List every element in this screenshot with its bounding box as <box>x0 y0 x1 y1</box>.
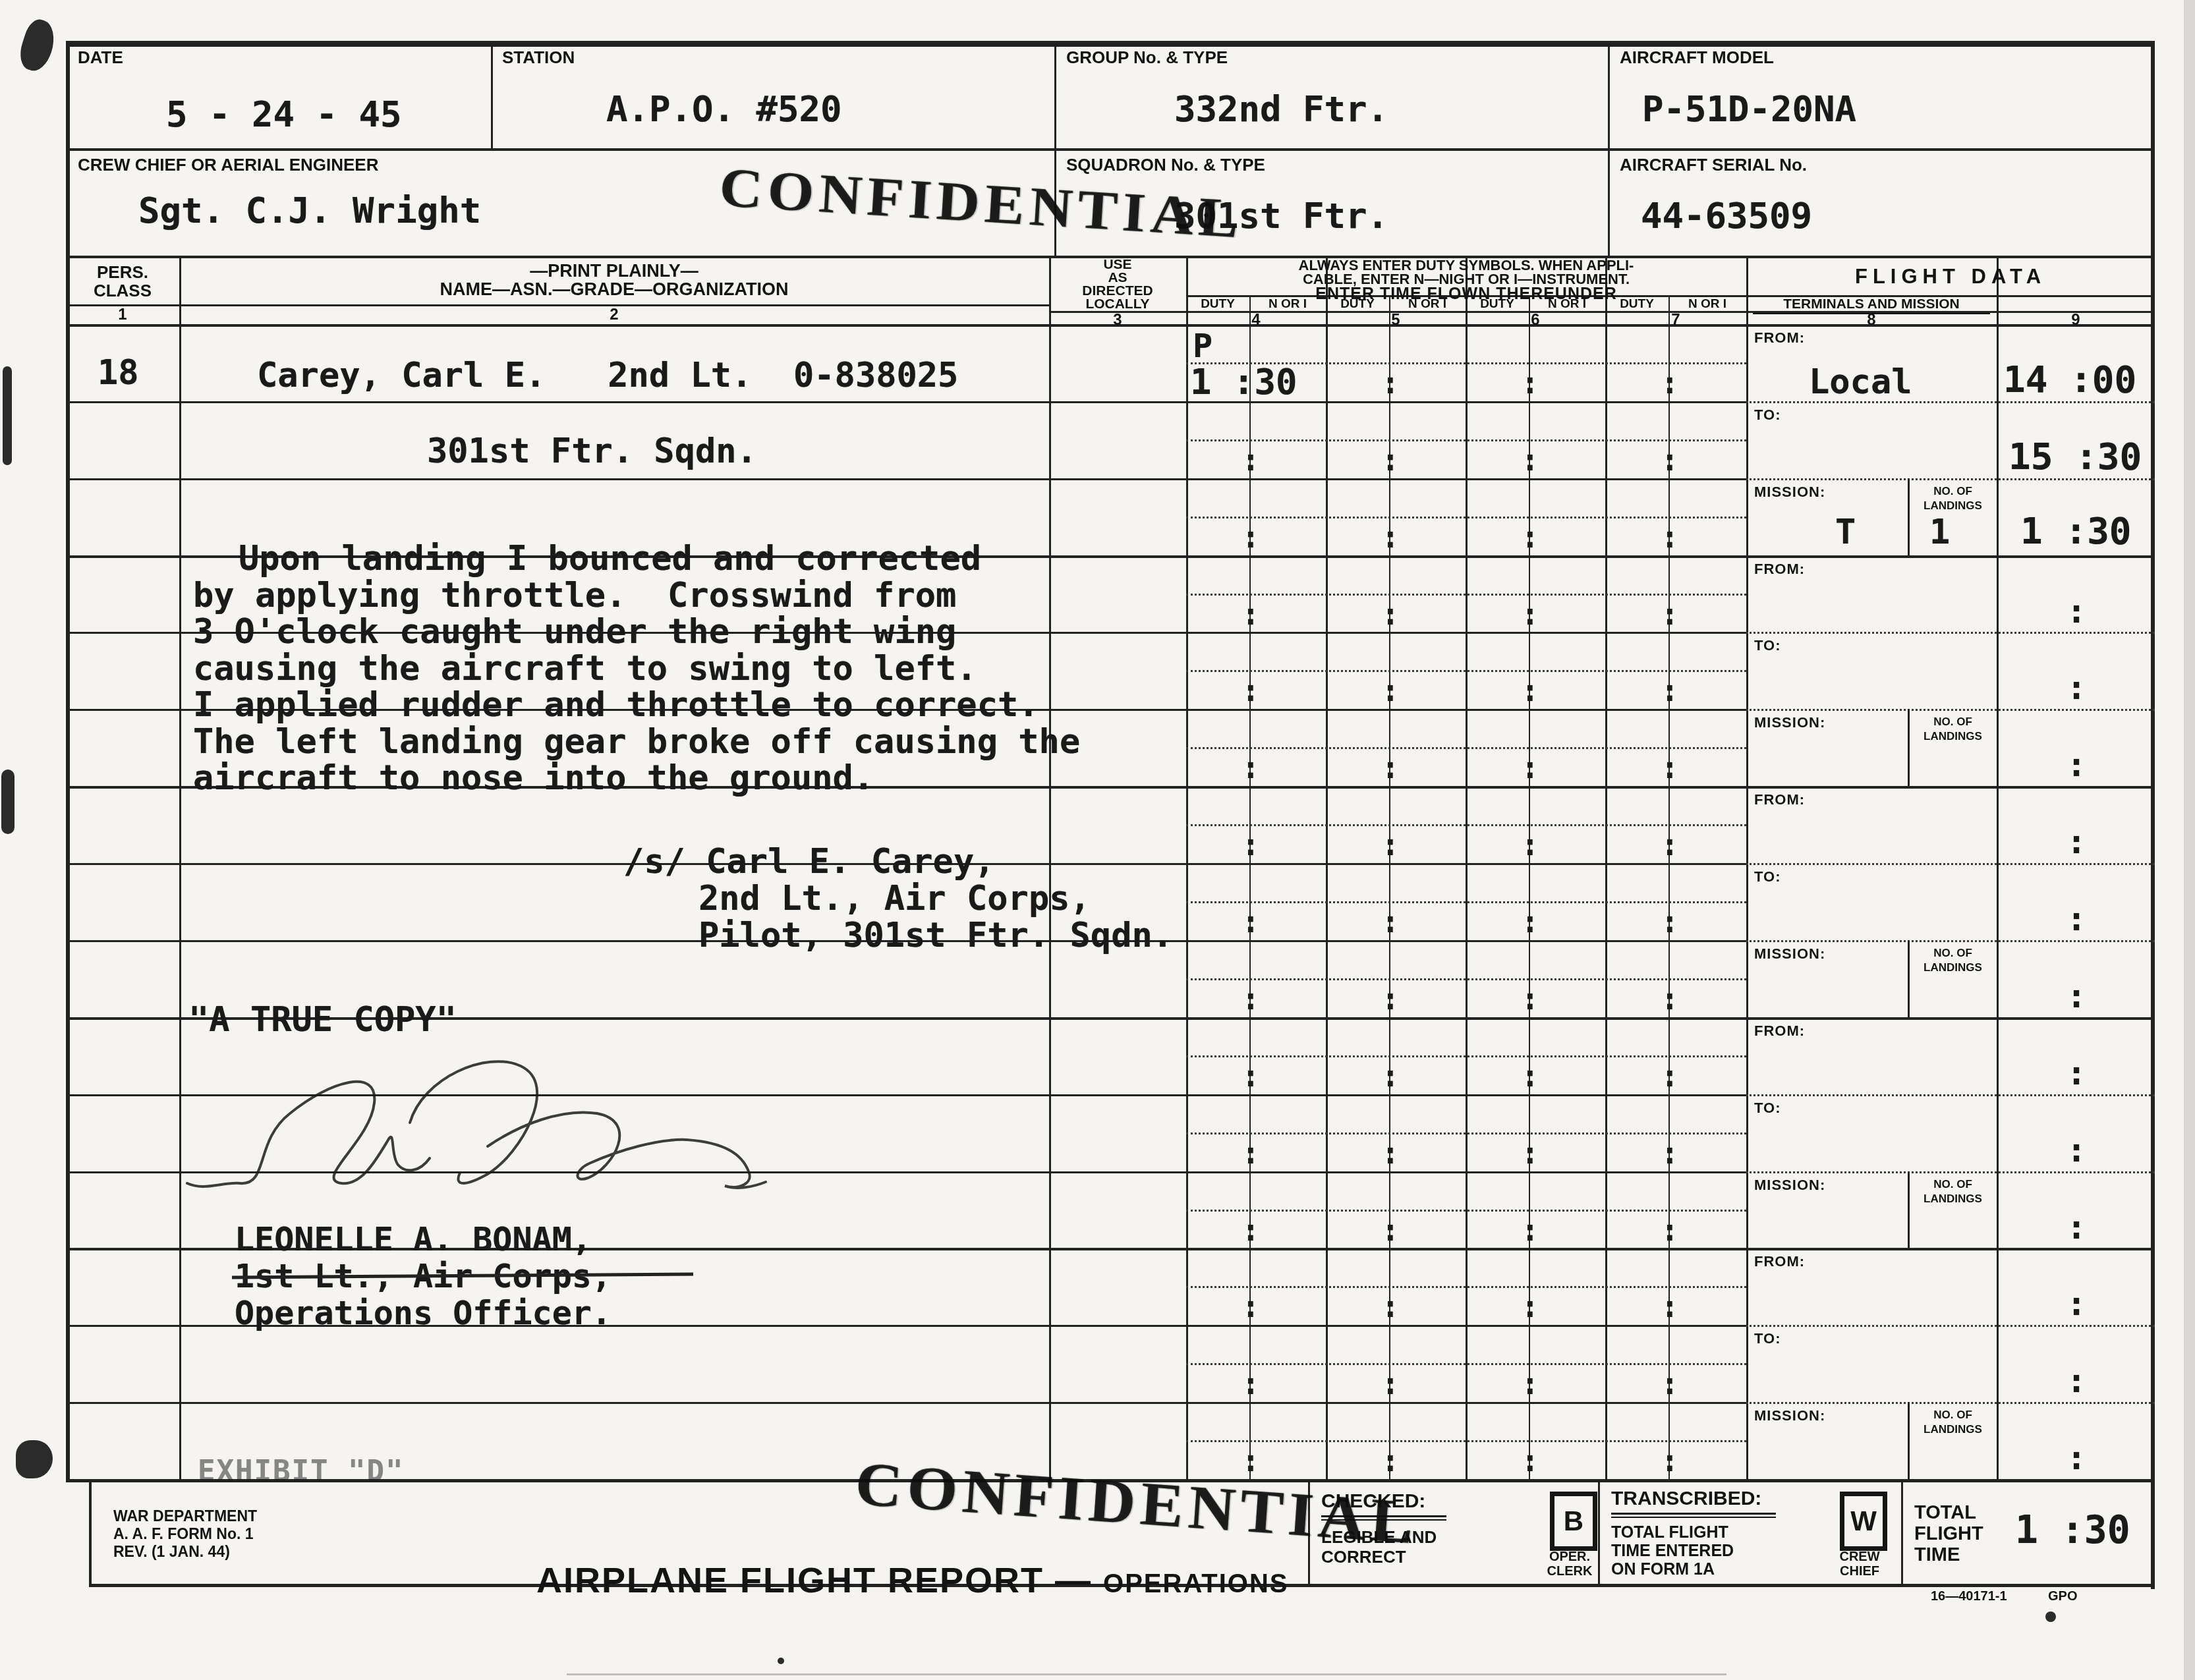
no-of-landings-label-2: LANDINGS <box>1909 1423 1997 1436</box>
signature-typed-line: 2nd Lt., Air Corps, <box>698 879 1091 918</box>
column-number: 8 <box>1852 311 1891 329</box>
station-value: A.P.O. #520 <box>606 88 842 130</box>
footer-border-left <box>89 1479 92 1586</box>
time-colon: : <box>1381 673 1400 708</box>
time-colon: : <box>1521 519 1539 555</box>
narrative-line: causing the aircraft to swing to left. <box>193 649 977 688</box>
time-colon: : <box>1661 1366 1679 1401</box>
time-colon: : <box>1521 673 1539 708</box>
crew-chief-value: Sgt. C.J. Wright <box>138 190 481 231</box>
scan-artifact <box>3 366 12 465</box>
terminal-dotted-rule <box>1746 709 2155 711</box>
to-label: TO: <box>1754 1330 1781 1347</box>
narrative-line: I applied rudder and throttle to correct… <box>193 685 1039 725</box>
table-rule-h <box>66 304 1049 306</box>
time-colon: : <box>1661 1443 1679 1478</box>
time-colon: : <box>1521 750 1539 785</box>
nori-sub-label: N OR I <box>1389 297 1466 312</box>
terminal-dotted-rule <box>1746 401 2155 403</box>
time-colon: : <box>1661 519 1679 555</box>
scan-edge-shadow <box>2184 0 2195 1680</box>
signature-typed-line: Pilot, 301st Ftr. Sqdn. <box>698 916 1173 955</box>
table-rule-h <box>66 1402 1746 1404</box>
time-colon: : <box>1381 1135 1400 1171</box>
time-colon: : <box>1241 1212 1260 1248</box>
time-colon: : <box>2067 823 2086 861</box>
aircraft-model-value: P-51D-20NA <box>1642 88 1856 130</box>
column-number: 3 <box>1098 311 1137 329</box>
exhibit-stamp: EXHIBIT "D" <box>198 1455 404 1488</box>
time-colon: : <box>1241 596 1260 632</box>
oper-clerk-label-line1: OPER. <box>1535 1550 1604 1565</box>
time-colon: : <box>1241 519 1260 555</box>
signer-name-line: LEONELLE A. BONAM, <box>235 1220 592 1258</box>
form-title-dash: — <box>1044 1561 1103 1600</box>
narrative-line: aircraft to nose into the ground. <box>193 758 874 798</box>
duty-mid-dotted-rule <box>1186 1440 1746 1442</box>
no-of-landings-label-2: LANDINGS <box>1909 961 1997 974</box>
group-value: 332nd Ftr. <box>1174 88 1388 130</box>
column-number: 5 <box>1376 311 1415 329</box>
table-rule-v <box>179 256 181 1479</box>
time-colon: : <box>2067 1054 2086 1092</box>
time-colon: : <box>2067 977 2086 1015</box>
transcribed-line1: TOTAL FLIGHT <box>1611 1523 1728 1542</box>
aircraft-model-label: AIRCRAFT MODEL <box>1620 47 1774 68</box>
from-time-value: 14 :00 <box>2003 358 2136 401</box>
time-colon: : <box>1241 750 1260 785</box>
time-colon: : <box>1661 750 1679 785</box>
time-colon: : <box>1241 981 1260 1017</box>
to-label: TO: <box>1754 868 1781 885</box>
time-colon: : <box>2067 669 2086 707</box>
handwritten-signature <box>178 1041 784 1219</box>
from-value: Local <box>1809 362 1912 402</box>
from-label: FROM: <box>1754 791 1805 808</box>
time-colon: : <box>1521 1212 1539 1248</box>
time-colon: : <box>1521 904 1539 939</box>
time-colon: : <box>1521 365 1539 401</box>
time-colon: : <box>1241 1289 1260 1324</box>
form-title-main: AIRPLANE FLIGHT REPORT <box>536 1561 1044 1600</box>
time-colon: : <box>1381 1289 1400 1324</box>
pers-class-label-line2: CLASS <box>72 281 173 301</box>
duty-mid-dotted-rule <box>1186 1363 1746 1365</box>
mission-label: MISSION: <box>1754 1177 1825 1194</box>
time-colon: : <box>2067 900 2086 938</box>
transcribed-label: TRANSCRIBED: <box>1611 1488 1761 1510</box>
time-colon: : <box>1241 827 1260 862</box>
terminal-dotted-rule <box>1746 1402 2155 1404</box>
transcribed-line3: ON FORM 1A <box>1611 1560 1715 1579</box>
table-rule-h <box>66 148 2155 151</box>
duty-mid-dotted-rule <box>1186 517 1746 518</box>
mission-label: MISSION: <box>1754 484 1825 501</box>
column-number: 6 <box>1516 311 1555 329</box>
duty-mid-dotted-rule <box>1186 978 1746 980</box>
terminal-dotted-rule <box>1746 632 2155 634</box>
time-colon: : <box>1521 1443 1539 1478</box>
print-plainly-label: —PRINT PLAINLY— <box>245 261 983 281</box>
time-colon: : <box>1381 1212 1400 1248</box>
form-border-left <box>66 41 70 1479</box>
no-of-landings-label-2: LANDINGS <box>1909 1192 1997 1206</box>
time-colon: : <box>1241 1366 1260 1401</box>
pers-class-label-line1: PERS. <box>72 262 173 283</box>
to-time-value: 15 :30 <box>2009 435 2142 478</box>
time-colon: : <box>1521 596 1539 632</box>
no-of-landings-label-1: NO. OF <box>1909 485 1997 498</box>
gpo-mark: GPO <box>2048 1589 2077 1604</box>
airplane-flight-report-form: DATE 5 - 24 - 45 STATION A.P.O. #520 GRO… <box>0 0 2195 1680</box>
terminal-dotted-rule <box>1746 1171 2155 1173</box>
table-rule-v <box>1746 256 1748 1479</box>
total-flight-time-label-3: TIME <box>1914 1544 1960 1566</box>
no-of-landings-label-1: NO. OF <box>1909 947 1997 960</box>
time-colon: : <box>1661 827 1679 862</box>
time-colon: : <box>1521 1289 1539 1324</box>
time-colon: : <box>1521 827 1539 862</box>
time-colon: : <box>1661 673 1679 708</box>
station-label: STATION <box>502 47 575 68</box>
narrative-line: by applying throttle. Crosswind from <box>193 576 956 615</box>
time-colon: : <box>1661 442 1679 478</box>
pilot-org-line: 301st Ftr. Sqdn. <box>427 432 757 471</box>
column-number: 9 <box>2056 311 2095 329</box>
time-colon: : <box>1241 442 1260 478</box>
transcribed-underline <box>1611 1513 1776 1518</box>
terminal-dotted-rule <box>1746 940 2155 942</box>
scan-artifact <box>1 770 14 834</box>
duty-mid-dotted-rule <box>1186 1210 1746 1212</box>
mission-time-value: 1 :30 <box>2020 510 2132 553</box>
time-colon: : <box>1381 519 1400 555</box>
terminal-dotted-rule <box>1746 478 2155 480</box>
pers-class-value: 18 <box>98 353 139 393</box>
war-dept-line3: REV. (1 JAN. 44) <box>113 1543 230 1561</box>
nori-sub-label: N OR I <box>1529 297 1605 312</box>
time-colon: : <box>2067 1439 2086 1477</box>
from-label: FROM: <box>1754 1253 1805 1270</box>
duty-time-value: 1 :30 <box>1190 361 1297 403</box>
scan-artifact <box>15 16 60 74</box>
narrative-line: 3 O'clock caught under the right wing <box>193 612 956 652</box>
time-colon: : <box>1241 1135 1260 1171</box>
no-of-landings-label-2: LANDINGS <box>1909 730 1997 743</box>
war-dept-line2: A. A. F. FORM No. 1 <box>113 1525 254 1543</box>
time-colon: : <box>2067 1208 2086 1246</box>
duty-mid-dotted-rule <box>1186 901 1746 903</box>
form-border-top <box>66 41 2155 47</box>
group-label: GROUP No. & TYPE <box>1066 47 1228 68</box>
time-colon: : <box>1521 1058 1539 1094</box>
terminal-dotted-rule <box>1746 1094 2155 1096</box>
time-colon: : <box>2067 592 2086 630</box>
column-number: 2 <box>594 306 634 324</box>
to-label: TO: <box>1754 637 1781 654</box>
time-colon: : <box>1381 365 1400 401</box>
duty-symbol-value: P <box>1193 327 1212 365</box>
crew-chief-label-line1: CREW <box>1825 1550 1894 1565</box>
narrative-line: The left landing gear broke off causing … <box>193 722 1080 762</box>
from-label: FROM: <box>1754 1022 1805 1040</box>
landings-value: 1 <box>1929 513 1950 552</box>
nori-sub-label: N OR I <box>1668 297 1746 312</box>
print-code: 16—40171-1 <box>1931 1589 2007 1604</box>
total-flight-time-label-2: FLIGHT <box>1914 1523 1983 1545</box>
from-label: FROM: <box>1754 329 1805 347</box>
table-rule-h <box>66 478 1746 480</box>
narrative-line: Upon landing I bounced and corrected <box>239 539 981 578</box>
duty-mid-dotted-rule <box>1186 747 1746 749</box>
table-rule-v <box>491 41 493 148</box>
time-colon: : <box>1381 442 1400 478</box>
footer-divider <box>1901 1479 1903 1584</box>
mission-label: MISSION: <box>1754 714 1825 731</box>
time-colon: : <box>1661 981 1679 1017</box>
aircraft-serial-value: 44-63509 <box>1641 195 1812 237</box>
duty-sub-label: DUTY <box>1326 297 1389 312</box>
scan-artifact <box>778 1658 784 1664</box>
time-colon: : <box>1661 904 1679 939</box>
table-rule-v <box>1608 41 1610 256</box>
date-label: DATE <box>78 47 123 68</box>
time-colon: : <box>1381 750 1400 785</box>
duty-sub-label: DUTY <box>1186 297 1249 312</box>
no-of-landings-label-1: NO. OF <box>1909 715 1997 729</box>
to-label: TO: <box>1754 406 1781 424</box>
terminal-dotted-rule <box>1746 863 2155 865</box>
no-of-landings-label-1: NO. OF <box>1909 1178 1997 1191</box>
signer-title-line: Operations Officer. <box>235 1294 612 1332</box>
mission-label: MISSION: <box>1754 1407 1825 1424</box>
duty-mid-dotted-rule <box>1186 439 1746 441</box>
time-colon: : <box>2067 746 2086 784</box>
time-colon: : <box>1381 1366 1400 1401</box>
no-of-landings-label-2: LANDINGS <box>1909 499 1997 513</box>
total-flight-time-value: 1 :30 <box>2015 1507 2130 1552</box>
time-colon: : <box>2067 1285 2086 1323</box>
crew-chief-initial-icon: W <box>1840 1492 1887 1551</box>
duty-sub-label: DUTY <box>1605 297 1668 312</box>
duty-mid-dotted-rule <box>1186 824 1746 826</box>
table-rule-v <box>1049 256 1051 1479</box>
scan-artifact <box>2045 1611 2056 1622</box>
form-title-sub: OPERATIONS <box>1103 1569 1289 1598</box>
duty-mid-dotted-rule <box>1186 1055 1746 1057</box>
time-colon: : <box>1661 1289 1679 1324</box>
time-colon: : <box>1521 1366 1539 1401</box>
crew-chief-label-line2: CHIEF <box>1825 1564 1894 1579</box>
scan-artifact <box>16 1440 53 1478</box>
time-colon: : <box>1381 827 1400 862</box>
nori-sub-label: N OR I <box>1249 297 1326 312</box>
table-rule-h <box>66 401 1746 403</box>
oper-clerk-label-line2: CLERK <box>1535 1564 1604 1579</box>
time-colon: : <box>1381 596 1400 632</box>
signature-typed-line: /s/ Carl E. Carey, <box>623 842 995 882</box>
date-value: 5 - 24 - 45 <box>166 94 402 135</box>
duty-sub-label: DUTY <box>1466 297 1529 312</box>
true-copy-line: "A TRUE COPY" <box>188 1000 457 1040</box>
time-colon: : <box>1661 1212 1679 1248</box>
name-asn-grade-label: NAME—ASN.—GRADE—ORGANIZATION <box>245 279 983 300</box>
aircraft-serial-label: AIRCRAFT SERIAL No. <box>1620 155 1807 175</box>
oper-clerk-initial-icon: B <box>1550 1492 1597 1551</box>
time-colon: : <box>1661 365 1679 401</box>
time-colon: : <box>1241 1443 1260 1478</box>
no-of-landings-label-1: NO. OF <box>1909 1409 1997 1422</box>
total-flight-time-label-1: TOTAL <box>1914 1502 1976 1524</box>
duty-mid-dotted-rule <box>1186 1133 1746 1134</box>
use-as-label-4: LOCALLY <box>1052 296 1183 312</box>
time-colon: : <box>1381 981 1400 1017</box>
time-colon: : <box>1241 1058 1260 1094</box>
squadron-label: SQUADRON No. & TYPE <box>1066 155 1265 175</box>
transcribed-line2: TIME ENTERED <box>1611 1542 1734 1561</box>
time-colon: : <box>1661 1058 1679 1094</box>
mission-label: MISSION: <box>1754 945 1825 963</box>
time-colon: : <box>1241 673 1260 708</box>
duty-mid-dotted-rule <box>1186 594 1746 596</box>
time-colon: : <box>1381 1058 1400 1094</box>
column-number: 1 <box>103 306 142 324</box>
crew-chief-label: CREW CHIEF OR AERIAL ENGINEER <box>78 155 378 175</box>
time-colon: : <box>1521 981 1539 1017</box>
column-number: 4 <box>1236 311 1276 329</box>
pilot-name-line: Carey, Carl E. 2nd Lt. 0-838025 <box>257 356 958 395</box>
from-label: FROM: <box>1754 561 1805 578</box>
time-colon: : <box>2067 1131 2086 1169</box>
duty-mid-dotted-rule <box>1186 1286 1746 1288</box>
duty-mid-dotted-rule <box>1186 670 1746 672</box>
terminal-dotted-rule <box>1746 1325 2155 1327</box>
time-colon: : <box>1381 1443 1400 1478</box>
to-label: TO: <box>1754 1100 1781 1117</box>
flight-data-label: FLIGHT DATA <box>1746 265 2155 289</box>
mission-value: T <box>1835 513 1856 552</box>
war-dept-line1: WAR DEPARTMENT <box>113 1507 257 1525</box>
time-colon: : <box>1381 904 1400 939</box>
table-rule-v <box>1997 256 1999 1479</box>
time-colon: : <box>1521 1135 1539 1171</box>
time-colon: : <box>1661 596 1679 632</box>
time-colon: : <box>1241 904 1260 939</box>
column-number: 7 <box>1656 311 1696 329</box>
time-colon: : <box>1521 442 1539 478</box>
time-colon: : <box>2067 1362 2086 1400</box>
time-colon: : <box>1661 1135 1679 1171</box>
scan-edge-line <box>567 1673 1726 1675</box>
